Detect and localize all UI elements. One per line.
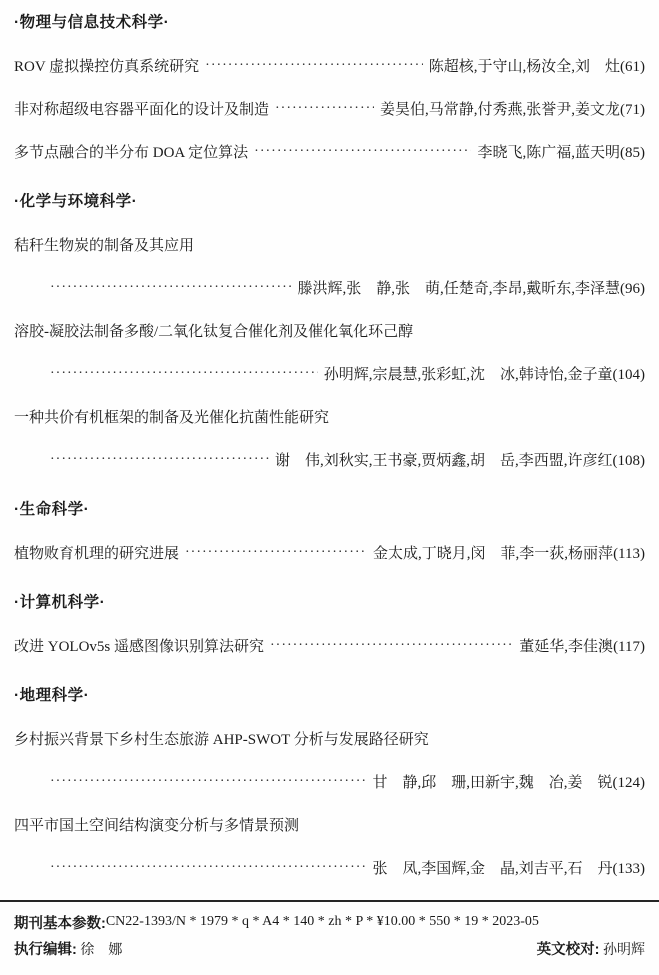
section-header-label: ·生命科学·: [14, 501, 89, 520]
entry-authors: 谢 伟,刘秋实,王书豪,贾炳鑫,胡 岳,李西盟,许彦红: [275, 452, 613, 470]
dot-leader: [275, 101, 374, 118]
entry-authors-row: 张 凤,李国辉,金 晶,刘吉平,石 丹 (133): [14, 847, 645, 890]
dot-leader: [50, 452, 269, 469]
entry-title-row: 乡村振兴背景下乡村生态旅游 AHP-SWOT 分析与发展路径研究: [14, 718, 645, 761]
entry-title: 秸秆生物炭的制备及其应用: [14, 237, 194, 255]
entry-title: 多节点融合的半分布 DOA 定位算法: [14, 144, 248, 162]
entry-page-number: (96): [620, 280, 645, 298]
toc-entry-row: 多节点融合的半分布 DOA 定位算法 李晓飞,陈广福,蓝天明 (85): [14, 131, 645, 174]
entry-page-number: (108): [613, 452, 646, 470]
entry-page-number: (133): [613, 860, 646, 878]
entry-authors-row: 甘 静,邱 珊,田新宇,魏 冶,姜 锐 (124): [14, 761, 645, 804]
entry-page-number: (124): [613, 774, 646, 792]
english-proofreader: 英文校对: 孙明辉: [537, 938, 645, 959]
entry-authors: 陈超核,于守山,杨汝全,刘 灶: [429, 58, 620, 76]
section-header-label: ·物理与信息技术科学·: [14, 14, 169, 33]
dot-leader: [50, 774, 366, 791]
entry-page-number: (85): [620, 144, 645, 162]
entry-page-number: (61): [620, 58, 645, 76]
entry-title: 乡村振兴背景下乡村生态旅游 AHP-SWOT 分析与发展路径研究: [14, 731, 429, 749]
executive-editor-name: 徐 娜: [80, 943, 122, 958]
entry-authors-row: 谢 伟,刘秋实,王书豪,贾炳鑫,胡 岳,李西盟,许彦红 (108): [14, 439, 645, 482]
journal-parameters-value: CN22-1393/N * 1979 * q * A4 * 140 * zh *…: [106, 914, 539, 930]
journal-parameters-line: 期刊基本参数: CN22-1393/N * 1979 * q * A4 * 14…: [14, 910, 645, 934]
entry-authors-row: 滕洪辉,张 静,张 萌,任楚奇,李昂,戴昕东,李泽慧 (96): [14, 267, 645, 310]
entry-authors: 甘 静,邱 珊,田新宇,魏 冶,姜 锐: [372, 774, 612, 792]
entry-title-row: 一种共价有机框架的制备及光催化抗菌性能研究: [14, 396, 645, 439]
entry-authors: 孙明辉,宗晨慧,张彩虹,沈 冰,韩诗怡,金子童: [324, 366, 613, 384]
entry-title: 一种共价有机框架的制备及光催化抗菌性能研究: [14, 409, 329, 427]
section-header-row: ·化学与环境科学·: [14, 181, 645, 224]
executive-editor-label: 执行编辑:: [14, 942, 77, 958]
section-header-row: ·生命科学·: [14, 489, 645, 532]
entry-title: 植物败育机理的研究进展: [14, 545, 179, 563]
entry-page-number: (117): [613, 638, 645, 656]
dot-leader: [50, 860, 366, 877]
dot-leader: [185, 545, 367, 562]
entry-page-number: (113): [613, 545, 645, 563]
entry-authors: 姜昊伯,马常静,付秀燕,张誉尹,姜文龙: [380, 101, 620, 119]
dot-leader: [205, 58, 423, 75]
entry-page-number: (71): [620, 101, 645, 119]
section-header-row: ·物理与信息技术科学·: [14, 2, 645, 45]
footer-divider: [0, 900, 659, 902]
executive-editor: 执行编辑: 徐 娜: [14, 938, 122, 959]
entry-authors: 金太成,丁晓月,闵 菲,李一荻,杨丽萍: [373, 545, 613, 563]
dot-leader: [50, 280, 291, 297]
section-header-label: ·计算机科学·: [14, 594, 105, 613]
toc-entry-row: ROV 虚拟操控仿真系统研究 陈超核,于守山,杨汝全,刘 灶 (61): [14, 45, 645, 88]
entry-title: 改进 YOLOv5s 遥感图像识别算法研究: [14, 638, 264, 656]
entry-title: 四平市国土空间结构演变分析与多情景预测: [14, 817, 299, 835]
entry-page-number: (104): [613, 366, 646, 384]
entry-authors: 李晓飞,陈广福,蓝天明: [477, 144, 620, 162]
english-proofreader-name: 孙明辉: [603, 943, 645, 958]
entry-title: ROV 虚拟操控仿真系统研究: [14, 58, 199, 76]
entry-title: 溶胶-凝胶法制备多酸/二氧化钛复合催化剂及催化氧化环己醇: [14, 323, 413, 341]
toc-entry-row: 植物败育机理的研究进展 金太成,丁晓月,闵 菲,李一荻,杨丽萍 (113): [14, 532, 645, 575]
toc-entry-row: 非对称超级电容器平面化的设计及制造 姜昊伯,马常静,付秀燕,张誉尹,姜文龙 (7…: [14, 88, 645, 131]
english-proofreader-label: 英文校对:: [537, 942, 600, 958]
entry-title: 非对称超级电容器平面化的设计及制造: [14, 101, 269, 119]
section-header-label: ·地理科学·: [14, 687, 89, 706]
journal-toc-page: ·物理与信息技术科学· ROV 虚拟操控仿真系统研究 陈超核,于守山,杨汝全,刘…: [0, 0, 659, 975]
dot-leader: [254, 144, 471, 161]
entry-title-row: 秸秆生物炭的制备及其应用: [14, 224, 645, 267]
dot-leader: [50, 366, 318, 383]
toc-entry-row: 改进 YOLOv5s 遥感图像识别算法研究 董延华,李佳澳 (117): [14, 625, 645, 668]
entry-title-row: 四平市国土空间结构演变分析与多情景预测: [14, 804, 645, 847]
editors-line: 执行编辑: 徐 娜 英文校对: 孙明辉: [14, 936, 645, 960]
section-header-label: ·化学与环境科学·: [14, 193, 137, 212]
entry-title-row: 溶胶-凝胶法制备多酸/二氧化钛复合催化剂及催化氧化环己醇: [14, 310, 645, 353]
entry-authors-row: 孙明辉,宗晨慧,张彩虹,沈 冰,韩诗怡,金子童 (104): [14, 353, 645, 396]
section-header-row: ·地理科学·: [14, 675, 645, 718]
section-header-row: ·计算机科学·: [14, 582, 645, 625]
entry-authors: 滕洪辉,张 静,张 萌,任楚奇,李昂,戴昕东,李泽慧: [297, 280, 620, 298]
journal-parameters-label: 期刊基本参数:: [14, 912, 106, 933]
entry-authors: 张 凤,李国辉,金 晶,刘吉平,石 丹: [372, 860, 612, 878]
entry-authors: 董延华,李佳澳: [519, 638, 613, 656]
dot-leader: [270, 638, 513, 655]
